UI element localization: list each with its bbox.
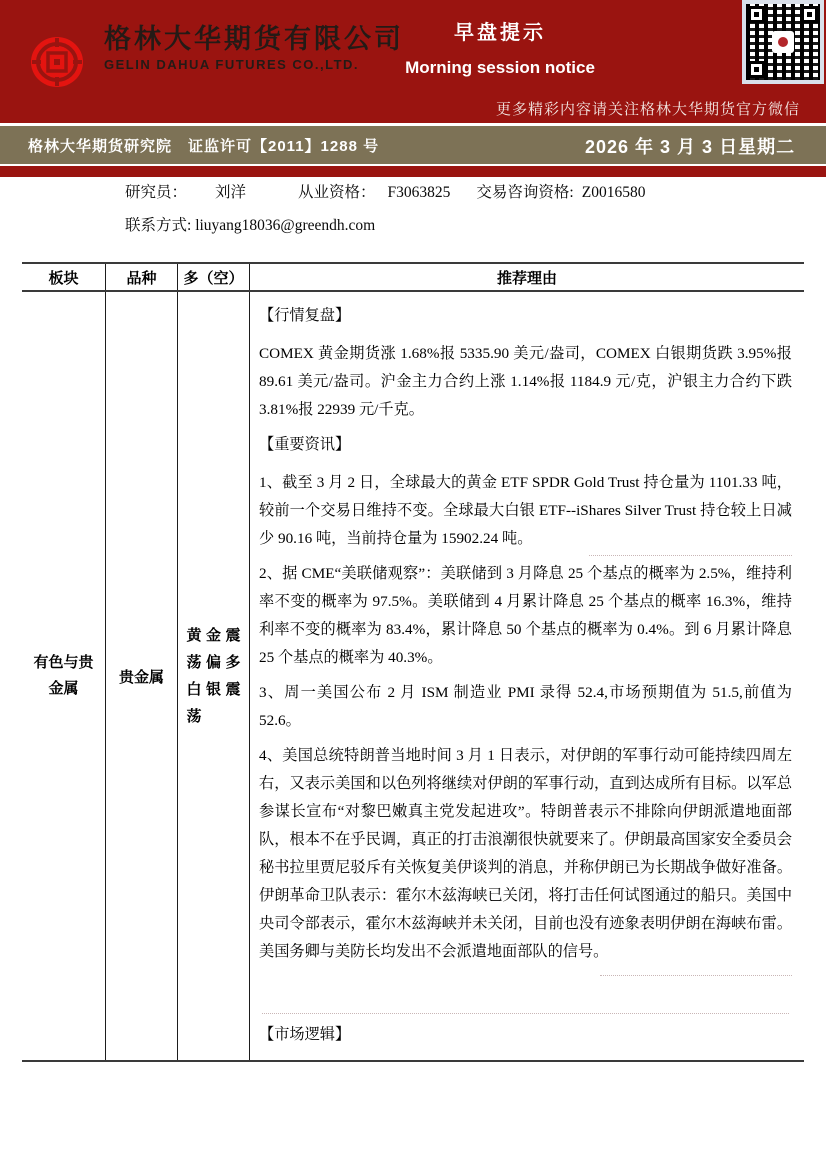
qr-finder-icon xyxy=(801,6,818,23)
researcher-block: 研究员：刘洋从业资格：F3063825交易咨询资格:Z0016580 联系方式:… xyxy=(125,176,645,242)
notice-title-cn: 早盘提示 xyxy=(390,20,610,46)
position-silver: 白银震荡 xyxy=(187,676,241,730)
notice-title-block: 早盘提示 Morning session notice xyxy=(390,20,610,78)
qr-center-logo-icon xyxy=(772,31,794,53)
company-name-block: 格林大华期货有限公司 GELIN DAHUA FUTURES CO.,LTD. xyxy=(104,24,404,72)
qualification-number: F3063825 xyxy=(388,176,451,209)
company-name-cn: 格林大华期货有限公司 xyxy=(104,24,404,54)
advisory-label: 交易咨询资格: xyxy=(476,176,573,209)
header-sector: 板块 xyxy=(22,264,105,290)
contact-line: 联系方式: liuyang18036@greendh.com xyxy=(125,209,645,242)
cell-variety: 贵金属 xyxy=(105,292,177,1060)
company-logo-icon xyxy=(30,36,84,88)
qualification-label: 从业资格： xyxy=(298,176,376,209)
paragraph: 4、美国总统特朗普当地时间 3 月 1 日表示，对伊朗的军事行动可能持续四周左右… xyxy=(259,742,792,966)
report-date: 2026 年 3 月 3 日星期二 xyxy=(585,133,795,159)
morning-notice-page: 格林大华期货有限公司 GELIN DAHUA FUTURES CO.,LTD. … xyxy=(0,0,826,1169)
researcher-line: 研究员：刘洋从业资格：F3063825交易咨询资格:Z0016580 xyxy=(125,176,645,209)
researcher-label: 研究员： xyxy=(125,176,187,209)
cell-sector: 有色与贵金属 xyxy=(22,292,105,1060)
paragraph: 1、截至 3 月 2 日，全球最大的黄金 ETF SPDR Gold Trust… xyxy=(259,469,792,553)
info-bar: 格林大华期货研究院 证监许可【2011】1288 号 2026 年 3 月 3 … xyxy=(0,126,826,164)
section-title-logic: 【市场逻辑】 xyxy=(259,1021,792,1049)
paragraph: COMEX 黄金期货涨 1.68%报 5335.90 美元/盎司，COMEX 白… xyxy=(259,340,792,424)
researcher-name: 刘洋 xyxy=(215,176,246,209)
contact-email: liuyang18036@greendh.com xyxy=(195,209,375,242)
paragraph: 2、据 CME“美联储观察”：美联储到 3 月降息 25 个基点的概率为 2.5… xyxy=(259,560,792,672)
masthead: 格林大华期货有限公司 GELIN DAHUA FUTURES CO.,LTD. … xyxy=(0,0,826,123)
header-variety: 品种 xyxy=(105,264,177,290)
table-header-row: 板块 品种 多（空） 推荐理由 xyxy=(22,264,804,292)
dotted-divider xyxy=(589,555,792,556)
notice-title-en: Morning session notice xyxy=(390,58,610,78)
section-title-news: 【重要资讯】 xyxy=(259,431,792,459)
section-title-review: 【行情复盘】 xyxy=(259,302,792,330)
company-name-en: GELIN DAHUA FUTURES CO.,LTD. xyxy=(104,57,404,72)
wechat-qr-frame xyxy=(742,0,824,84)
wechat-tip-text: 更多精彩内容请关注格林大华期货官方微信 xyxy=(496,98,800,119)
advisory-number: Z0016580 xyxy=(582,176,646,209)
cell-reason: 【行情复盘】 COMEX 黄金期货涨 1.68%报 5335.90 美元/盎司，… xyxy=(249,292,804,1060)
dotted-divider xyxy=(600,975,792,976)
table-row: 有色与贵金属 贵金属 黄金震荡偏多 白银震荡 【行情复盘】 COMEX 黄金期货… xyxy=(22,292,804,1060)
qr-finder-icon xyxy=(748,61,765,78)
cell-position: 黄金震荡偏多 白银震荡 xyxy=(177,292,249,1060)
position-gold: 黄金震荡偏多 xyxy=(187,622,241,676)
qr-code-icon xyxy=(746,4,820,80)
qr-finder-icon xyxy=(748,6,765,23)
paragraph: 3、周一美国公布 2 月 ISM 制造业 PMI 录得 52.4,市场预期值为 … xyxy=(259,679,792,735)
paragraph: 2 月 28 日，美以联合空袭伊朗，伊朗最高领袖哈梅内伊遇袭身亡，中东再次被战争… xyxy=(259,1058,792,1060)
header-position: 多（空） xyxy=(177,264,249,290)
recommendation-table: 板块 品种 多（空） 推荐理由 有色与贵金属 贵金属 黄金震荡偏多 白银震荡 【… xyxy=(22,262,804,1062)
dotted-divider xyxy=(262,1013,790,1014)
contact-label: 联系方式: xyxy=(125,209,191,242)
header-reason: 推荐理由 xyxy=(249,264,804,290)
institute-license-text: 格林大华期货研究院 证监许可【2011】1288 号 xyxy=(28,135,379,156)
